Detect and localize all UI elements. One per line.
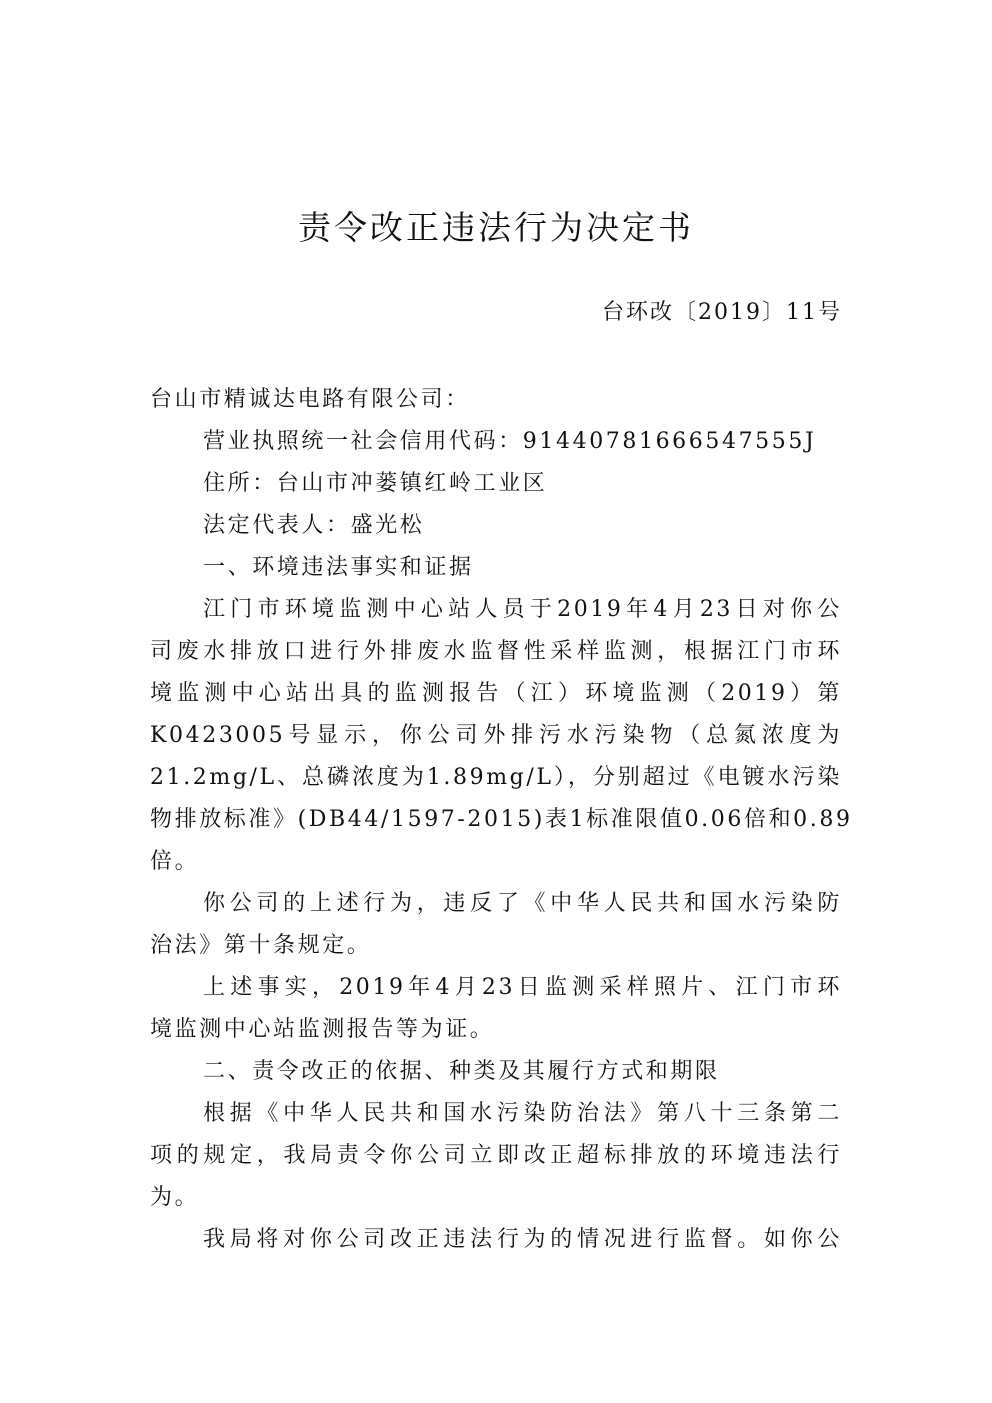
paragraph-line: K0423005号显示，你公司外排污水污染物（总氮浓度为: [150, 721, 842, 751]
credit-code-line: 营业执照统一社会信用代码：91440781666547555J: [203, 427, 842, 457]
addressee: 台山市精诚达电路有限公司：: [150, 385, 842, 415]
section-1-heading: 一、环境违法事实和证据: [203, 553, 842, 583]
paragraph-line: 上述事实，2019年4月23日监测采样照片、江门市环: [203, 973, 842, 1003]
paragraph-line: 境监测中心站监测报告等为证。: [150, 1015, 842, 1045]
paragraph-line: 物排放标准》(DB44/1597-2015)表1标准限值0.06倍和0.89: [150, 805, 842, 835]
legal-representative-line: 法定代表人：盛光松: [203, 511, 842, 541]
section-2-heading: 二、责令改正的依据、种类及其履行方式和期限: [203, 1057, 842, 1087]
paragraph-line: 我局将对你公司改正违法行为的情况进行监督。如你公: [203, 1225, 842, 1255]
document-title: 责令改正违法行为决定书: [0, 206, 992, 250]
paragraph-line: 项的规定，我局责令你公司立即改正超标排放的环境违法行: [150, 1141, 842, 1171]
paragraph-line: 21.2mg/L、总磷浓度为1.89mg/L），分别超过《电镀水污染: [150, 763, 842, 793]
paragraph-line: 治法》第十条规定。: [150, 931, 842, 961]
document-number: 台环改〔2019〕11号: [602, 296, 842, 330]
address-line: 住所：台山市冲蒌镇红岭工业区: [203, 469, 842, 499]
paragraph-line: 司废水排放口进行外排废水监督性采样监测，根据江门市环: [150, 637, 842, 667]
paragraph-line: 江门市环境监测中心站人员于2019年4月23日对你公: [203, 595, 842, 625]
paragraph-line: 你公司的上述行为，违反了《中华人民共和国水污染防: [203, 889, 842, 919]
paragraph-line: 境监测中心站出具的监测报告（江）环境监测（2019）第: [150, 679, 842, 709]
paragraph-line: 根据《中华人民共和国水污染防治法》第八十三条第二: [203, 1099, 842, 1129]
paragraph-line: 倍。: [150, 847, 842, 877]
paragraph-line: 为。: [150, 1183, 842, 1213]
